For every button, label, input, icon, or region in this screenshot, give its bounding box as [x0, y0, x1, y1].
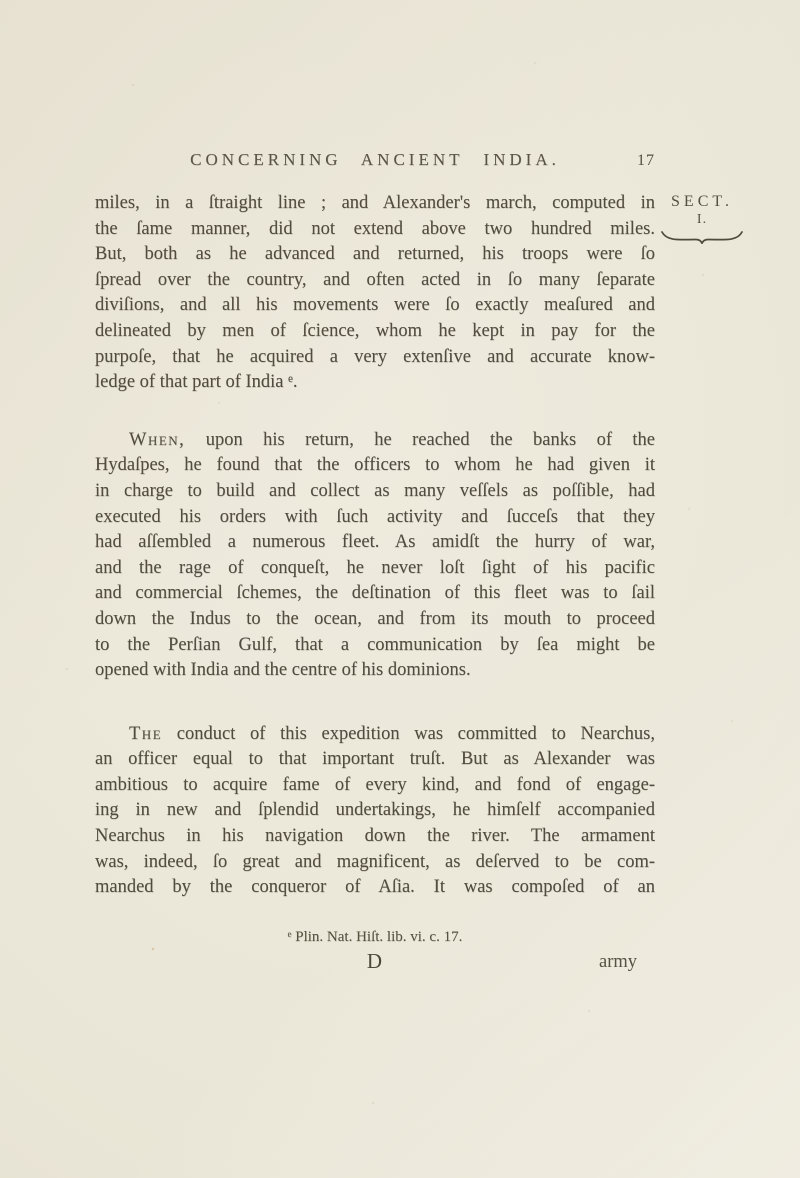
paragraph: miles, in a ſtraight line ; and Alexande… — [95, 191, 655, 396]
text-line: manded by the conqueror of Aſia. It was … — [95, 875, 655, 901]
paragraph: The conduct of this expedition was commi… — [95, 722, 655, 901]
text-line: and the rage of conqueſt, he never loſt … — [95, 556, 655, 582]
page-footer: D army — [95, 949, 655, 975]
signature-mark: D — [95, 949, 655, 974]
footnote: ᵉ Plin. Nat. Hiſt. lib. vi. c. 17. — [95, 929, 655, 946]
text-line: delineated by men of ſcience, whom he ke… — [95, 319, 655, 345]
text-line: Hydaſpes, he found that the officers to … — [95, 453, 655, 479]
text-line: The conduct of this expedition was commi… — [95, 722, 655, 748]
text-line: ledge of that part of India ᵉ. — [95, 370, 655, 396]
catchword: army — [599, 952, 637, 973]
section-brace-ornament — [660, 229, 744, 244]
text-line: an officer equal to that important truſt… — [95, 747, 655, 773]
small-caps-opener: When, — [129, 430, 185, 450]
text-line: to the Perſian Gulf, that a communicatio… — [95, 633, 655, 659]
page-number: 17 — [637, 152, 655, 170]
text-line: But, both as he advanced and returned, h… — [95, 242, 655, 268]
paper-speckles — [0, 0, 2, 2]
text-line: ſpread over the country, and often acted… — [95, 268, 655, 294]
text-line: the ſame manner, did not extend above tw… — [95, 217, 655, 243]
text-line: diviſions, and all his movements were ſo… — [95, 293, 655, 319]
text-line: Nearchus in his navigation down the rive… — [95, 824, 655, 850]
text-line: ing in new and ſplendid undertakings, he… — [95, 798, 655, 824]
text-line-rest: conduct of this expedition was committed… — [162, 724, 655, 744]
text-line: down the Indus to the ocean, and from it… — [95, 607, 655, 633]
running-title: CONCERNING ANCIENT INDIA. — [95, 150, 655, 170]
text-line: miles, in a ſtraight line ; and Alexande… — [95, 191, 655, 217]
text-line: ambitious to acquire fame of every kind,… — [95, 773, 655, 799]
section-margin-note: SECT. I. — [656, 193, 748, 244]
text-line: executed his orders with ſuch activity a… — [95, 505, 655, 531]
text-line: When, upon his return, he reached the ba… — [95, 428, 655, 454]
small-caps-opener: The — [129, 724, 162, 744]
text-line: purpoſe, that he acquired a very extenſi… — [95, 345, 655, 371]
page-header: CONCERNING ANCIENT INDIA. 17 — [95, 150, 655, 180]
text-line: had aſſembled a numerous fleet. As amidſ… — [95, 530, 655, 556]
text-line: and commercial ſchemes, the deſtination … — [95, 581, 655, 607]
text-line-rest: upon his return, he reached the banks of… — [185, 430, 655, 450]
text-line: was, indeed, ſo great and magnificent, a… — [95, 850, 655, 876]
paragraph: When, upon his return, he reached the ba… — [95, 428, 655, 684]
section-label: SECT. — [656, 193, 748, 211]
text-line: opened with India and the centre of his … — [95, 658, 655, 684]
section-number: I. — [656, 212, 748, 228]
text-line: in charge to build and collect as many v… — [95, 479, 655, 505]
body-text: miles, in a ſtraight line ; and Alexande… — [95, 191, 655, 901]
book-page: CONCERNING ANCIENT INDIA. 17 SECT. I. mi… — [0, 0, 800, 1178]
